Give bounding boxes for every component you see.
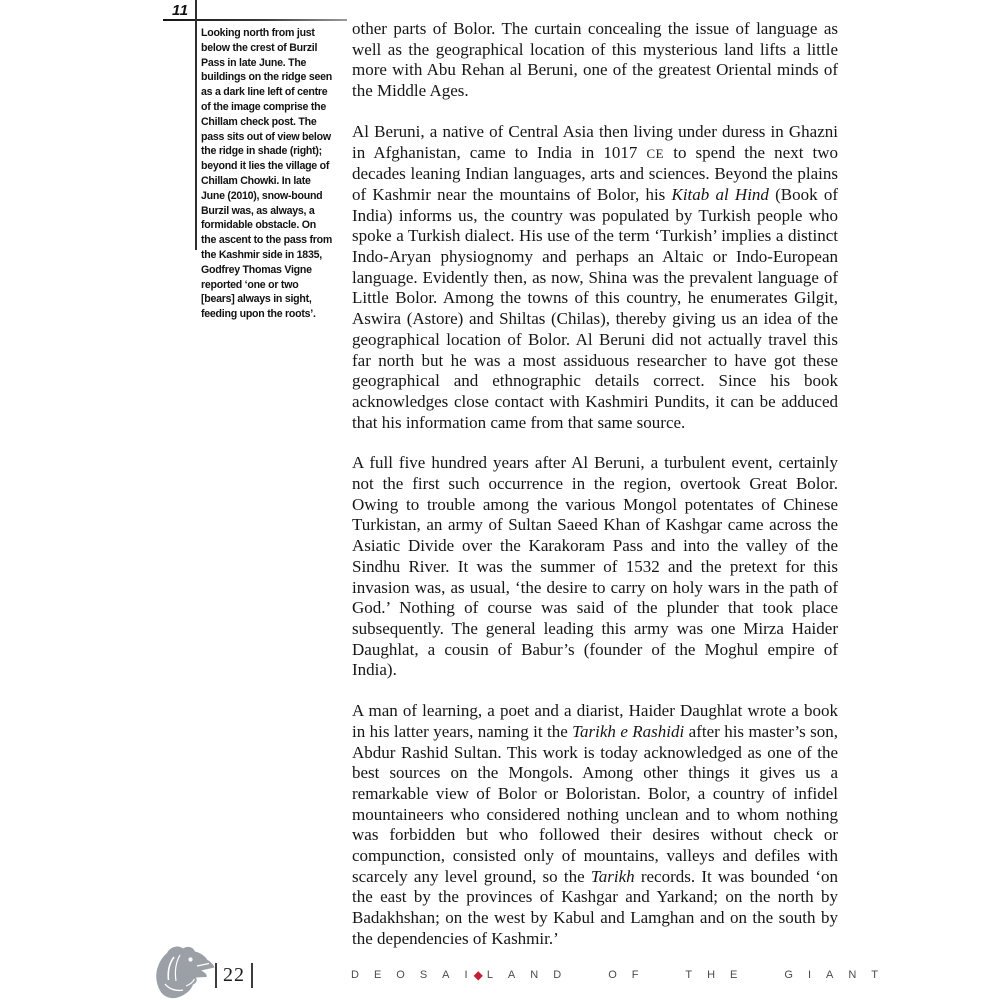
book-title-word1: DEOSAI — [351, 969, 483, 981]
pageno-right-bar — [251, 963, 253, 988]
body-paragraph: A man of learning, a poet and a diarist,… — [352, 701, 838, 949]
caption-divider-rule — [195, 0, 197, 250]
diamond-icon: ◆ — [474, 968, 483, 982]
bear-head-logo — [153, 944, 217, 1000]
body-paragraph: other parts of Bolor. The curtain concea… — [352, 19, 838, 102]
body-paragraph: Al Beruni, a native of Central Asia then… — [352, 122, 838, 434]
body-paragraph: A full five hundred years after Al Berun… — [352, 453, 838, 681]
book-title: DEOSAI ◆ LAND OF THE GIANT — [351, 968, 893, 982]
folio-rule — [163, 19, 347, 21]
running-footer: DEOSAI ◆ LAND OF THE GIANT — [351, 961, 841, 988]
pageno-value: 22 — [217, 964, 251, 987]
body-paragraphs: other parts of Bolor. The curtain concea… — [352, 19, 838, 970]
book-page: 11 Looking north from just below the cre… — [0, 0, 1000, 1000]
page-number: 22 — [215, 961, 253, 989]
book-title-word2: LAND OF THE GIANT — [487, 969, 893, 981]
photo-caption: Looking north from just below the crest … — [201, 26, 333, 322]
folio-number: 11 — [172, 2, 189, 19]
